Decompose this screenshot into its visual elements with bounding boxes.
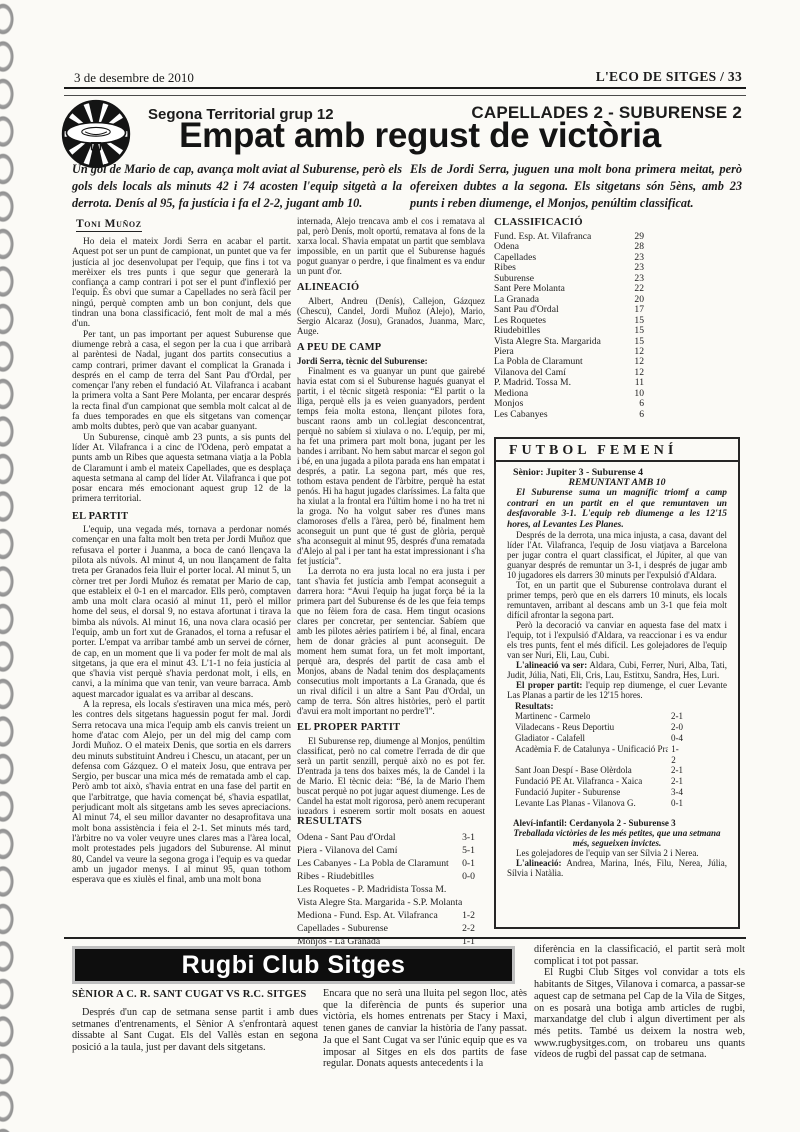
- result-match: Les Cabanyes - La Pobla de Claramunt: [297, 857, 449, 870]
- article-column-2: internada, Alejo trencava amb el cos i r…: [297, 216, 485, 814]
- rugby-heading: SÈNIOR A C. R. SANT CUGAT VS R.C. SITGES: [72, 989, 332, 1000]
- article-column-1: Ho deia el mateix Jordi Serra en acabar …: [72, 237, 291, 933]
- femeni-result-row: Gladiator - Calafell0-4: [507, 733, 727, 744]
- result-match: Odena - Sant Pau d'Ordal: [297, 831, 396, 844]
- result-match: Mediona - Fund. Esp. At. Vilafranca: [297, 909, 438, 922]
- femeni-result-row: Martinenc - Carmelo2-1: [507, 711, 727, 722]
- result-score: 3-1: [462, 831, 475, 844]
- section-heading-el-proper-partit: EL PROPER PARTIT: [297, 723, 485, 733]
- femeni-subtitle: REMUNTANT AMB 10: [507, 478, 727, 488]
- lead-paragraph-right: Els de Jordi Serra, juguen una molt bona…: [410, 161, 742, 213]
- rugby-divider-rule: [64, 937, 746, 939]
- femeni-paragraph: Tot, en un partit que el Suburense contr…: [507, 580, 727, 620]
- byline: Toni Muñoz: [76, 218, 142, 232]
- standing-points: 6: [639, 410, 644, 420]
- femeni-result-match: Martinenc - Carmelo: [515, 711, 590, 722]
- standing-row: Les Cabanyes6: [494, 410, 644, 420]
- results-list: Odena - Sant Pau d'Ordal3-1 Piera - Vila…: [297, 831, 485, 948]
- standing-row: Vista Alegre Sta. Margarida15: [494, 337, 644, 347]
- article-paragraph: La derrota no era justa local no era jus…: [297, 566, 485, 716]
- result-match: Les Roquetes - P. Madridista Tossa M.: [297, 883, 446, 896]
- femeni-result-row: Levante Las Planas - Vilanova G.0-1: [507, 798, 727, 809]
- femeni-next-match: El proper partit: l'equip rep diumenge, …: [507, 680, 727, 700]
- rugby-column-1: Després d'un cap de setmana sense partit…: [72, 1007, 318, 1054]
- femeni-result-match: Gladiator - Calafell: [515, 733, 585, 744]
- result-match: Capellades - Suburense: [297, 922, 388, 935]
- section-heading-a-peu-de-camp: A PEU DE CAMP: [297, 343, 485, 353]
- femeni-result-score: 2-1: [671, 776, 683, 787]
- femeni-paragraph: Després de la derrota, una mica injusta,…: [507, 530, 727, 580]
- rugby-column-3: diferència en la classificació, el parti…: [534, 944, 745, 1061]
- rugby-banner: Rugbi Club Sitges: [72, 946, 515, 984]
- results-heading: RESULTATS: [297, 815, 485, 827]
- article-paragraph: internada, Alejo trencava amb el cos i r…: [297, 216, 485, 276]
- result-row: Piera - Vilanova del Camí5-1: [297, 844, 485, 857]
- result-match: Piera - Vilanova del Camí: [297, 844, 397, 857]
- alevi-score-line: Aleví-infantil: Cerdanyola 2 - Suburense…: [507, 818, 727, 828]
- femeni-result-score: 3-4: [671, 787, 683, 798]
- femeni-result-row: Viladecans - Reus Deportiu2-0: [507, 722, 727, 733]
- femeni-result-match: Fundació PE At. Vilafranca - Xaica: [515, 776, 642, 787]
- article-paragraph: Ho deia el mateix Jordi Serra en acabar …: [72, 237, 291, 330]
- newspaper-page: 3 de desembre de 2010 L'ECO DE SITGES / …: [0, 0, 800, 1132]
- femeni-results-heading: Resultats:: [507, 701, 727, 711]
- standing-row: Riudebitlles15: [494, 326, 644, 336]
- femeni-result-match: Fundació Jupiter - Suburense: [515, 787, 620, 798]
- masthead-title: L'ECO DE SITGES / 33: [440, 69, 742, 85]
- alevi-lineup-label: L'alineació:: [516, 858, 562, 868]
- rugby-paragraph: Després d'un cap de setmana sense partit…: [72, 1007, 318, 1054]
- femeni-result-row: Fundació PE At. Vilafranca - Xaica2-1: [507, 776, 727, 787]
- result-score: 0-0: [462, 870, 475, 883]
- femeni-result-score: 1-2: [671, 744, 683, 766]
- result-score: 5-1: [462, 844, 475, 857]
- result-row: Vista Alegre Sta. Margarida - S.P. Molan…: [297, 896, 485, 909]
- result-score: 2-2: [462, 922, 475, 935]
- alevi-lineup: L'alineació: Andrea, Marina, Inés, Filu,…: [507, 858, 727, 878]
- result-row: Les Cabanyes - La Pobla de Claramunt0-1: [297, 857, 485, 870]
- headline: Empat amb regust de victòria: [130, 116, 710, 156]
- femeni-result-score: 2-0: [671, 722, 683, 733]
- femeni-result-score: 2-1: [671, 765, 683, 776]
- article-paragraph: L'equip, una vegada més, tornava a perdo…: [72, 525, 291, 700]
- result-row: Odena - Sant Pau d'Ordal3-1: [297, 831, 485, 844]
- spiral-binding-marks: [0, 0, 24, 1132]
- lineup-paragraph: Albert, Andreu (Denís), Callejon, Gázque…: [297, 296, 485, 336]
- masthead-date: 3 de desembre de 2010: [74, 70, 194, 86]
- standing-row: Capellades23: [494, 253, 644, 263]
- femeni-lineup: L'alineació va ser: Aldara, Cubi, Ferrer…: [507, 660, 727, 680]
- femeni-lead: El Suburense suma un magnífic triomf a c…: [507, 488, 727, 530]
- rugby-paragraph: El Rugbi Club Sitges vol convidar a tots…: [534, 967, 745, 1061]
- result-row: Capellades - Suburense2-2: [297, 922, 485, 935]
- result-row: Ribes - Riudebitlles0-0: [297, 870, 485, 883]
- results-section: RESULTATS Odena - Sant Pau d'Ordal3-1 Pi…: [297, 815, 485, 948]
- article-paragraph: A la represa, els locals s'estiraven una…: [72, 700, 291, 885]
- standing-team: Les Cabanyes: [494, 410, 548, 420]
- rugby-column-2: Encara que no serà una lluita pel segon …: [323, 988, 527, 1070]
- femeni-results-list: Martinenc - Carmelo2-1 Viladecans - Reus…: [507, 711, 727, 808]
- section-heading-alineacio: ALINEACIÓ: [297, 283, 485, 293]
- futbol-femeni-box: FUTBOL FEMENÍ Sènior: Jupiter 3 - Subure…: [494, 437, 740, 929]
- femeni-result-match: Sant Joan Despí - Base Olèrdola: [515, 765, 632, 776]
- result-row: Mediona - Fund. Esp. At. Vilafranca1-2: [297, 909, 485, 922]
- result-score: 0-1: [462, 857, 475, 870]
- article-paragraph: Un Suburense, cinquè amb 23 punts, a sis…: [72, 433, 291, 505]
- coach-subheading: Jordi Serra, tècnic del Suburense:: [297, 356, 485, 366]
- lineup-label: L'alineació va ser:: [516, 660, 587, 670]
- classification-heading: CLASSIFICACIÓ: [494, 216, 644, 228]
- standing-points: 15: [634, 326, 644, 336]
- alevi-note: Treballada victòries de les més petites,…: [507, 828, 727, 848]
- alevi-infantil-section: Aleví-infantil: Cerdanyola 2 - Suburense…: [507, 818, 727, 878]
- standing-team: Riudebitlles: [494, 326, 540, 336]
- femeni-result-match: Viladecans - Reus Deportiu: [515, 722, 614, 733]
- classification-rows: Fund. Esp. At. Vilafranca29 Odena28 Cape…: [494, 232, 644, 420]
- masthead-rule-thin: [64, 95, 746, 96]
- femeni-result-score: 2-1: [671, 711, 683, 722]
- femeni-result-row: Acadèmia F. de Catalunya - Unificació Pr…: [507, 744, 727, 766]
- femeni-result-match: Levante Las Planas - Vilanova G.: [515, 798, 636, 809]
- article-paragraph: El Suburense rep, diumenge al Monjos, pe…: [297, 736, 485, 814]
- article-paragraph: Finalment es va guanyar un punt que gair…: [297, 366, 485, 566]
- lead-paragraph-left: Un gol de Mario de cap, avança molt avia…: [72, 161, 402, 213]
- rugby-paragraph: diferència en la classificació, el parti…: [534, 944, 745, 967]
- section-heading-el-partit: EL PARTIT: [72, 512, 291, 522]
- alevi-paragraph: Les golejadores de l'equip van ser Sílvi…: [507, 848, 727, 858]
- rugby-paragraph: Encara que no serà una lluita pel segon …: [323, 988, 527, 1070]
- result-match: Ribes - Riudebitlles: [297, 870, 374, 883]
- article-paragraph: Per tant, un pas important per aquest Su…: [72, 330, 291, 433]
- femeni-result-score: 0-1: [671, 798, 683, 809]
- femeni-result-score: 0-4: [671, 733, 683, 744]
- femeni-result-row: Fundació Jupiter - Suburense3-4: [507, 787, 727, 798]
- futbol-femeni-title: FUTBOL FEMENÍ: [496, 443, 738, 462]
- club-crest-icon: [61, 99, 131, 169]
- classification-table: CLASSIFICACIÓ Fund. Esp. At. Vilafranca2…: [494, 216, 644, 420]
- result-row: Les Roquetes - P. Madridista Tossa M.: [297, 883, 485, 896]
- result-score: 1-2: [462, 909, 475, 922]
- masthead-rule-thick: [64, 87, 746, 89]
- next-match-label: El proper partit:: [516, 680, 582, 690]
- femeni-result-row: Sant Joan Despí - Base Olèrdola2-1: [507, 765, 727, 776]
- femeni-paragraph: Però la decoració va canviar en aquesta …: [507, 620, 727, 660]
- result-match: Vista Alegre Sta. Margarida - S.P. Molan…: [297, 896, 462, 909]
- femeni-result-match: Acadèmia F. de Catalunya - Unificació Pr…: [515, 744, 668, 766]
